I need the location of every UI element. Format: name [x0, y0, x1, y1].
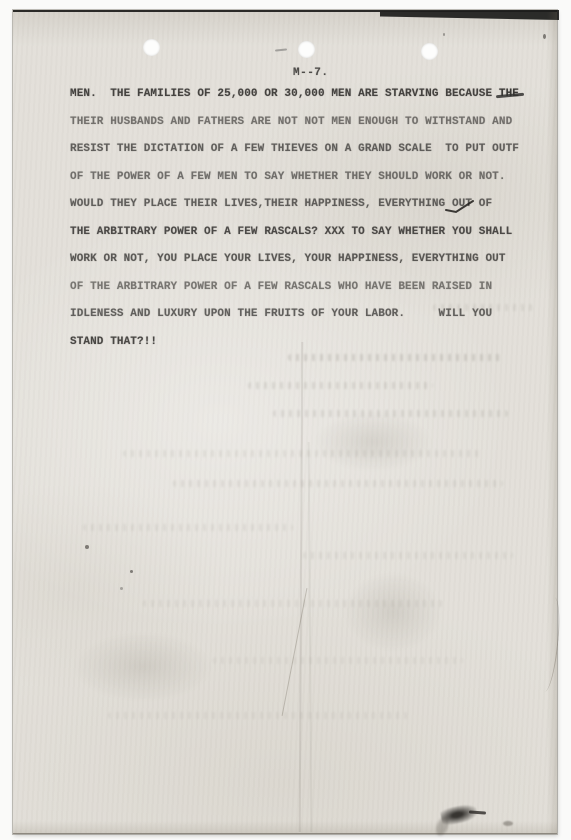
typed-line-text: IDLENESS AND LUXURY UPON THE FRUITS OF Y… — [70, 308, 492, 320]
typed-line-text: THEIR HUSBANDS AND FATHERS ARE NOT NOT M… — [70, 116, 512, 128]
typed-line: IDLENESS AND LUXURY UPON THE FRUITS OF Y… — [70, 308, 548, 336]
stain-patch — [343, 572, 443, 652]
ghost-text-smudge — [213, 657, 463, 664]
typed-line: MEN. THE FAMILIES OF 25,000 OR 30,000 ME… — [70, 88, 548, 116]
struck-word: THE — [499, 88, 519, 100]
ink-speck — [85, 545, 89, 549]
ghost-text-smudge — [248, 382, 433, 389]
ghost-text-smudge — [433, 304, 533, 311]
fold-crease-line — [308, 442, 312, 832]
ink-speck — [443, 33, 445, 36]
typed-line-text: MEN. THE FAMILIES OF 25,000 OR 30,000 ME… — [70, 88, 499, 100]
typed-line: WORK OR NOT, YOU PLACE YOUR LIVES, YOUR … — [70, 253, 548, 281]
typed-line: RESIST THE DICTATION OF A FEW THIEVES ON… — [70, 143, 548, 171]
ghost-text-smudge — [108, 712, 408, 719]
paper-top-edge-shadow — [380, 10, 559, 20]
ghost-text-smudge — [303, 552, 513, 559]
ghost-text-smudge — [83, 524, 293, 531]
ghost-text-smudge — [288, 354, 503, 361]
ink-speck — [130, 570, 133, 573]
punch-hole-right — [421, 43, 438, 60]
typed-line: WOULD THEY PLACE THEIR LIVES,THEIR HAPPI… — [70, 198, 548, 226]
page-number: M--7. — [293, 67, 329, 79]
ink-blot-stain — [503, 821, 513, 826]
ghost-text-smudge — [173, 480, 503, 487]
typed-text-block: MEN. THE FAMILIES OF 25,000 OR 30,000 ME… — [70, 88, 548, 363]
typed-line-text: THE ARBITRARY POWER OF A FEW RASCALS? XX… — [70, 226, 512, 238]
document-page: M--7. MEN. THE FAMILIES OF 25,000 OR 30,… — [13, 10, 557, 834]
ink-speck — [120, 587, 123, 590]
typed-line-text: WOULD THEY PLACE THEIR LIVES,THEIR HAPPI… — [70, 198, 492, 210]
typed-line-text: OF THE POWER OF A FEW MEN TO SAY WHETHER… — [70, 171, 506, 183]
typed-line: OF THE POWER OF A FEW MEN TO SAY WHETHER… — [70, 171, 548, 199]
ink-speck — [543, 34, 546, 39]
paper-bottom-edge-shade — [13, 821, 557, 833]
typed-line: THE ARBITRARY POWER OF A FEW RASCALS? XX… — [70, 226, 548, 254]
punch-hole-center — [298, 41, 315, 58]
pencil-dash-mark — [275, 48, 287, 51]
scratch-mark — [282, 588, 308, 716]
stain-patch — [73, 632, 213, 702]
scratch-mark — [536, 596, 563, 692]
typed-line-text: RESIST THE DICTATION OF A FEW THIEVES ON… — [70, 143, 519, 155]
typed-line: THEIR HUSBANDS AND FATHERS ARE NOT NOT M… — [70, 116, 548, 144]
typed-line-text: WORK OR NOT, YOU PLACE YOUR LIVES, YOUR … — [70, 253, 506, 265]
handwritten-check-icon — [445, 199, 475, 215]
typed-line-text: STAND THAT?!! — [70, 336, 157, 348]
scan-canvas: M--7. MEN. THE FAMILIES OF 25,000 OR 30,… — [0, 0, 571, 840]
punch-hole-left — [143, 39, 160, 56]
stain-patch — [313, 412, 433, 472]
paper-right-edge-shade — [547, 12, 557, 833]
typed-line-text: OF THE ARBITRARY POWER OF A FEW RASCALS … — [70, 281, 492, 293]
